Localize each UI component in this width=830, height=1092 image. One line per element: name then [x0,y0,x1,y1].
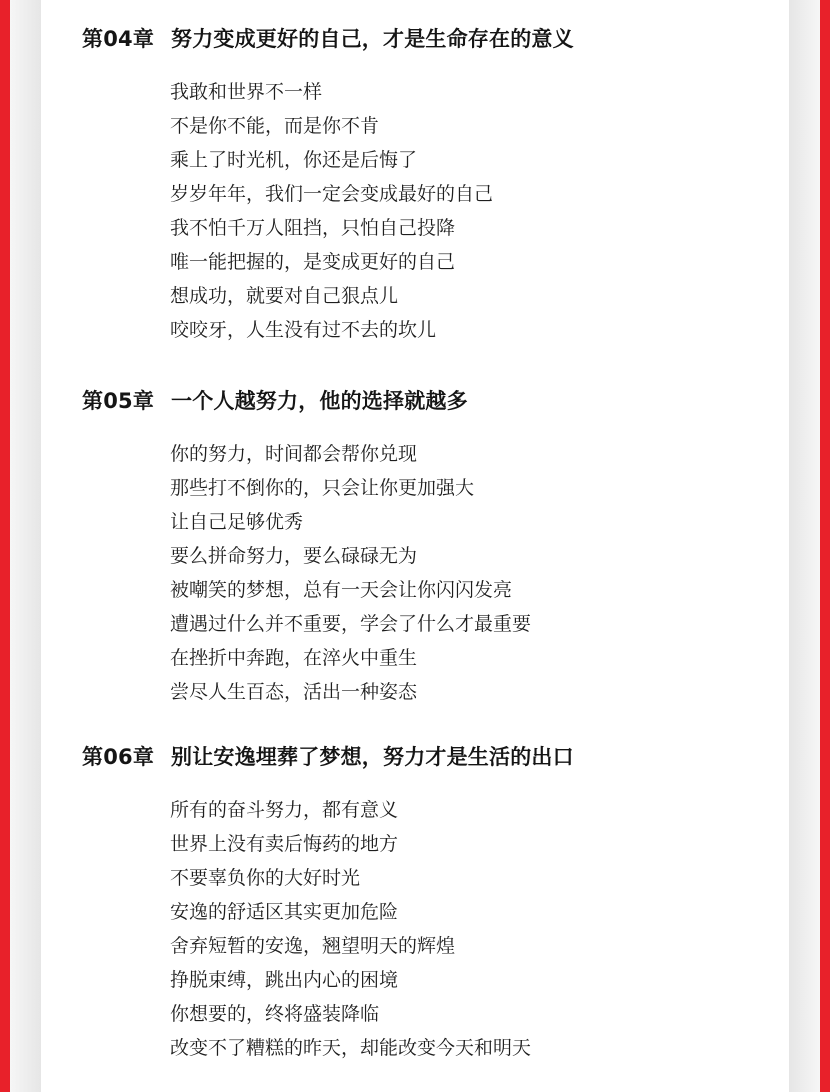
line-item: 所有的奋斗努力，都有意义 [170,793,782,827]
line-item: 你想要的，终将盛装降临 [170,997,782,1031]
line-item: 岁岁年年，我们一定会变成最好的自己 [170,177,782,211]
line-item: 你的努力，时间都会帮你兑现 [170,437,782,471]
line-item: 我敢和世界不一样 [170,75,782,109]
line-item: 想成功，就要对自己狠点儿 [170,279,782,313]
line-item: 咬咬牙，人生没有过不去的坎儿 [170,313,782,347]
line-item: 唯一能把握的，是变成更好的自己 [170,245,782,279]
line-item: 遭遇过什么并不重要，学会了什么才最重要 [170,607,782,641]
chapter-lines: 你的努力，时间都会帮你兑现 那些打不倒你的，只会让你更加强大 让自己足够优秀 要… [170,437,782,709]
chapter-number: 第04章 [82,23,171,53]
line-item: 改变不了糟糕的昨天，却能改变今天和明天 [170,1031,782,1065]
line-item: 世界上没有卖后悔药的地方 [170,827,782,861]
chapter-lines: 所有的奋斗努力，都有意义 世界上没有卖后悔药的地方 不要辜负你的大好时光 安逸的… [170,793,782,1065]
right-page-shadow [789,0,820,1092]
line-item: 被嘲笑的梦想，总有一天会让你闪闪发亮 [170,573,782,607]
chapter-number: 第06章 [82,741,171,771]
chapter-header: 第06章 别让安逸埋葬了梦想，努力才是生活的出口 [82,741,782,771]
chapter-header: 第04章 努力变成更好的自己，才是生命存在的意义 [82,23,782,53]
line-item: 不要辜负你的大好时光 [170,861,782,895]
right-red-border [820,0,830,1092]
left-page-shadow [10,0,41,1092]
left-red-border [0,0,10,1092]
line-item: 我不怕千万人阻挡，只怕自己投降 [170,211,782,245]
chapter-04: 第04章 努力变成更好的自己，才是生命存在的意义 我敢和世界不一样 不是你不能，… [82,23,782,347]
chapter-06: 第06章 别让安逸埋葬了梦想，努力才是生活的出口 所有的奋斗努力，都有意义 世界… [82,741,782,1065]
line-item: 乘上了时光机，你还是后悔了 [170,143,782,177]
line-item: 不是你不能，而是你不肯 [170,109,782,143]
chapter-title: 别让安逸埋葬了梦想，努力才是生活的出口 [171,741,782,771]
line-item: 安逸的舒适区其实更加危险 [170,895,782,929]
chapter-number: 第05章 [82,385,171,415]
line-item: 在挫折中奔跑，在淬火中重生 [170,641,782,675]
line-item: 舍弃短暂的安逸，翘望明天的辉煌 [170,929,782,963]
chapter-05: 第05章 一个人越努力，他的选择就越多 你的努力，时间都会帮你兑现 那些打不倒你… [82,385,782,709]
chapter-title: 一个人越努力，他的选择就越多 [171,385,782,415]
line-item: 尝尽人生百态，活出一种姿态 [170,675,782,709]
line-item: 挣脱束缚，跳出内心的困境 [170,963,782,997]
chapter-title: 努力变成更好的自己，才是生命存在的意义 [171,23,782,53]
line-item: 那些打不倒你的，只会让你更加强大 [170,471,782,505]
line-item: 要么拼命努力，要么碌碌无为 [170,539,782,573]
chapter-lines: 我敢和世界不一样 不是你不能，而是你不肯 乘上了时光机，你还是后悔了 岁岁年年，… [170,75,782,347]
chapter-header: 第05章 一个人越努力，他的选择就越多 [82,385,782,415]
line-item: 让自己足够优秀 [170,505,782,539]
